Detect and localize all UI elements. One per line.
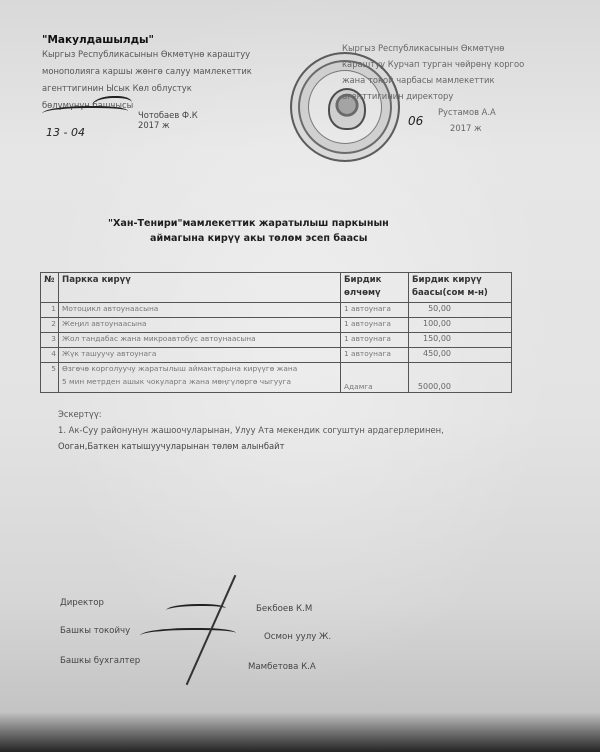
row-entry: Мотоцикл автоунаасына bbox=[59, 303, 341, 318]
org-line: жана токой чарбасы мамлекеттик bbox=[342, 72, 562, 88]
handwritten-date: 13 - 04 bbox=[46, 126, 85, 139]
table-row: 3 Жол тандабас жана микроавтобус автоуна… bbox=[41, 333, 512, 348]
row-price: 5000,00 bbox=[409, 363, 512, 393]
row-entry-line-2: 5 мин метрден ашык чокуларга жана мөңгүл… bbox=[62, 377, 337, 386]
role-director: Директор bbox=[60, 598, 104, 608]
org-line: караштуу Курчап турган чөйрөнү коргоо bbox=[342, 56, 562, 72]
table-row: 2 Жеңил автоунаасына 1 автоунага 100,00 bbox=[41, 318, 512, 333]
signature-chief-accountant bbox=[170, 656, 196, 680]
title-line-1: "Хан-Тенири"мамлекеттик жаратылыш паркын… bbox=[108, 216, 408, 231]
name-chief-forester: Осмон уулу Ж. bbox=[264, 632, 331, 642]
document-title: "Хан-Тенири"мамлекеттик жаратылыш паркын… bbox=[108, 216, 408, 246]
row-unit: 1 автоунага bbox=[341, 318, 409, 333]
row-entry-line-1: Өзгөчө корголуучу жаратылыш аймактарына … bbox=[62, 364, 337, 373]
col-unit: Бирдик өлчөмү bbox=[341, 273, 409, 303]
row-price: 150,00 bbox=[409, 333, 512, 348]
col-price: Бирдик кирүү баасы(сом м-н) bbox=[409, 273, 512, 303]
note-line-1: 1. Ак-Суу районунун жашоочуларынан, Улуу… bbox=[58, 422, 518, 438]
role-chief-forester: Башкы токойчу bbox=[60, 626, 130, 636]
row-unit: Адамга bbox=[341, 363, 409, 393]
org-line: Кыргыз Республикасынын Өкмөтүнө караштуу bbox=[42, 46, 282, 63]
row-unit: 1 автоунага bbox=[341, 303, 409, 318]
signature-chief-forester bbox=[140, 628, 236, 642]
row-price: 450,00 bbox=[409, 348, 512, 363]
agreed-heading: "Макулдашылды" bbox=[42, 34, 282, 46]
row-price: 100,00 bbox=[409, 318, 512, 333]
row-entry: Жүк ташуучу автоунага bbox=[59, 348, 341, 363]
row-no: 3 bbox=[41, 333, 59, 348]
year: 2017 ж bbox=[342, 120, 562, 136]
row-no: 4 bbox=[41, 348, 59, 363]
org-line: Кыргыз Республикасынын Өкмөтүнө bbox=[342, 40, 562, 56]
fee-table: № Паркка кирүү Бирдик өлчөмү Бирдик кирү… bbox=[40, 272, 512, 393]
row-entry: Өзгөчө корголуучу жаратылыш аймактарына … bbox=[59, 363, 341, 393]
row-entry: Жеңил автоунаасына bbox=[59, 318, 341, 333]
signature-left-flourish bbox=[92, 96, 132, 114]
table-row: 1 Мотоцикл автоунаасына 1 автоунага 50,0… bbox=[41, 303, 512, 318]
handwritten-date: 06 bbox=[408, 114, 423, 128]
approval-block-left: "Макулдашылды" Кыргыз Республикасынын Өк… bbox=[42, 34, 282, 114]
document-page: "Макулдашылды" Кыргыз Республикасынын Өк… bbox=[0, 0, 600, 752]
row-unit: 1 автоунага bbox=[341, 348, 409, 363]
note-block: Эскертүү: 1. Ак-Суу районунун жашоочулар… bbox=[58, 406, 518, 454]
org-line: агенттигинин Ысык Көл облустук bbox=[42, 80, 282, 97]
signatory-name: Чотобаев Ф.К bbox=[138, 110, 198, 120]
role-chief-accountant: Башкы бухгалтер bbox=[60, 656, 140, 666]
note-label: Эскертүү: bbox=[58, 406, 518, 422]
col-entry: Паркка кирүү bbox=[59, 273, 341, 303]
name-chief-accountant: Мамбетова К.А bbox=[248, 662, 316, 672]
row-no: 2 bbox=[41, 318, 59, 333]
title-line-2: аймагына кирүү акы төлөм эсеп баасы bbox=[108, 231, 408, 246]
approval-block-right: Кыргыз Республикасынын Өкмөтүнө караштуу… bbox=[342, 40, 562, 136]
note-line-2: Ооган,Баткен катышуучуларынан төлөм алын… bbox=[58, 438, 518, 454]
name-director: Бекбоев К.М bbox=[256, 604, 312, 614]
org-line: монополияга каршы жөнгө салуу мамлекетти… bbox=[42, 63, 282, 80]
table-row: 5 Өзгөчө корголуучу жаратылыш аймактарын… bbox=[41, 363, 512, 393]
org-line: агенттигинин директору bbox=[342, 88, 562, 104]
row-entry: Жол тандабас жана микроавтобус автоунаас… bbox=[59, 333, 341, 348]
row-unit: 1 автоунага bbox=[341, 333, 409, 348]
year: 2017 ж bbox=[138, 120, 170, 130]
col-no: № bbox=[41, 273, 59, 303]
signatory-name: Рустамов А.А bbox=[342, 104, 562, 120]
row-price: 50,00 bbox=[409, 303, 512, 318]
table-row: 4 Жүк ташуучу автоунага 1 автоунага 450,… bbox=[41, 348, 512, 363]
table-header-row: № Паркка кирүү Бирдик өлчөмү Бирдик кирү… bbox=[41, 273, 512, 303]
row-no: 5 bbox=[41, 363, 59, 393]
row-no: 1 bbox=[41, 303, 59, 318]
